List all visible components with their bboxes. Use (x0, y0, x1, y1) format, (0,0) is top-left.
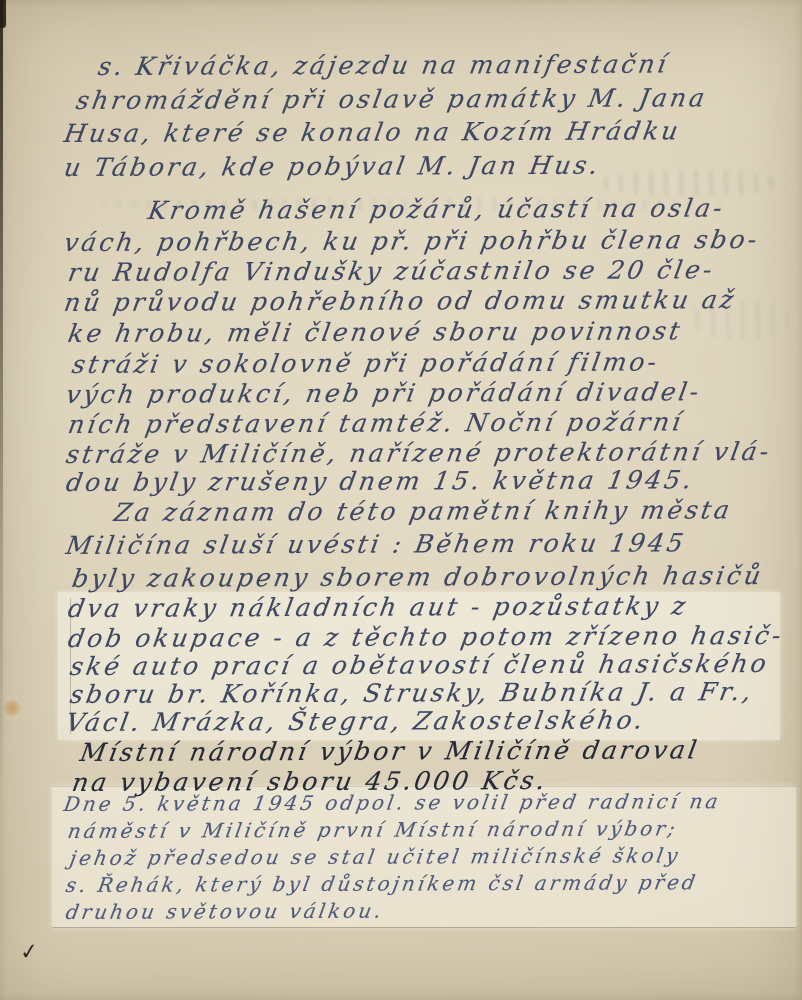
manuscript-line: Husa, které se konalo na Kozím Hrádku (62, 116, 683, 148)
manuscript-line: ru Rudolfa Vindušky zúčastnilo se 20 čle… (66, 255, 717, 287)
manuscript-line: dva vraky nákladních aut - pozůstatky z (66, 591, 691, 623)
manuscript-line: Miličína sluší uvésti : Během roku 1945 (64, 528, 688, 560)
manuscript-line: Za záznam do této pamětní knihy města (112, 495, 735, 527)
page-binding-edge (0, 0, 3, 1000)
manuscript-line: ních představení tamtéž. Noční požární (66, 407, 686, 439)
manuscript-line: ke hrobu, měli členové sboru povinnost (66, 316, 685, 348)
manuscript-line: Místní národní výbor v Miličíně daroval (78, 735, 702, 767)
manuscript-line: u Tábora, kde pobýval M. Jan Hus. (62, 151, 603, 182)
manuscript-line: s. Řehák, který byl důstojníkem čsl armá… (64, 870, 700, 897)
manuscript-page: s. Křiváčka, zájezdu na manifestační shr… (0, 0, 802, 1000)
manuscript-line: náměstí v Miličíně první Místní národní … (66, 816, 680, 843)
manuscript-line: druhou světovou válkou. (64, 899, 386, 924)
manuscript-line: shromáždění při oslavě památky M. Jana (74, 83, 710, 115)
manuscript-line: sboru br. Kořínka, Strusky, Bubníka J. a… (68, 677, 756, 709)
manuscript-line: s. Křiváčka, zájezdu na manifestační (96, 50, 671, 81)
manuscript-line: vých produkcí, neb při pořádání divadel- (64, 377, 704, 409)
page-corner-shadow (0, 0, 6, 28)
manuscript-line: ské auto prací a obětavostí členů hasičs… (68, 649, 771, 681)
manuscript-line: dob okupace - a z těchto potom zřízeno h… (66, 621, 786, 653)
manuscript-line: vách, pohřbech, ku př. při pohřbu člena … (62, 225, 762, 257)
manuscript-line: byly zakoupeny sborem dobrovolných hasič… (70, 561, 766, 593)
manuscript-line: nů průvodu pohřebního od domu smutku až (62, 285, 739, 317)
checkmark-icon: ✓ (19, 939, 40, 966)
manuscript-line: jehož předsedou se stal učitel miličínsk… (68, 843, 682, 870)
manuscript-line: Václ. Mrázka, Štegra, Zakostelského. (64, 705, 648, 737)
manuscript-line: stráže v Miličíně, nařízené protektorátn… (64, 437, 774, 469)
manuscript-line: Dne 5. května 1945 odpol. se volil před … (62, 789, 723, 816)
manuscript-line: Kromě hašení požárů, účastí na osla- (146, 193, 727, 225)
ink-bleedthrough (598, 170, 780, 196)
paper-stain (3, 700, 21, 716)
manuscript-line: dou byly zrušeny dnem 15. května 1945. (64, 465, 697, 497)
manuscript-line: stráži v sokolovně při pořádání filmo- (70, 347, 662, 379)
